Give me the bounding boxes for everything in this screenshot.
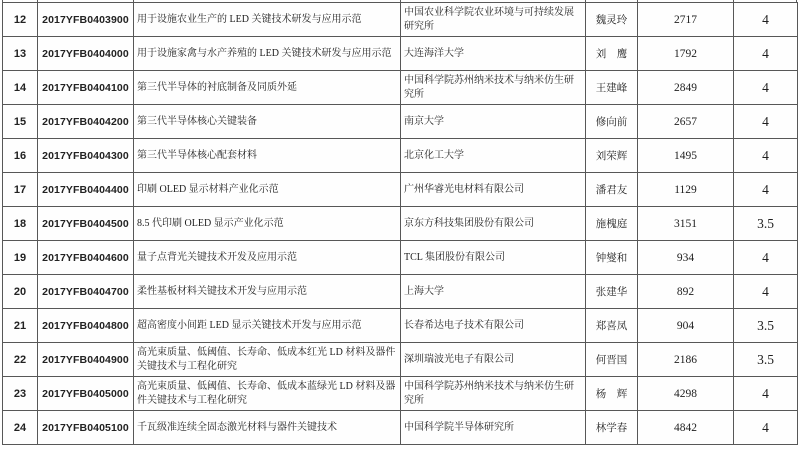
duration-cell: 3.5	[734, 309, 798, 343]
table-row: 23 2017YFB0405000 高光束质量、低阈值、长寿命、低成本蓝绿光 L…	[3, 377, 798, 411]
institution-cell: 上海大学	[401, 275, 586, 309]
institution-cell: 长春希达电子技术有限公司	[401, 309, 586, 343]
project-code-cell: 2017YFB0404300	[38, 139, 134, 173]
funding-cell: 2186	[638, 343, 734, 377]
project-code-cell: 2017YFB0404200	[38, 105, 134, 139]
institution-cell: 大连海洋大学	[401, 37, 586, 71]
project-title-cell: 千瓦级准连续全固态激光材料与器件关键技术	[134, 411, 401, 445]
project-title-cell: 8.5 代印刷 OLED 显示产业化示范	[134, 207, 401, 241]
table-row: 18 2017YFB0404500 8.5 代印刷 OLED 显示产业化示范 京…	[3, 207, 798, 241]
table-row: 15 2017YFB0404200 第三代半导体核心关键装备 南京大学 修向前 …	[3, 105, 798, 139]
row-index-cell: 18	[3, 207, 38, 241]
funding-cell: 3151	[638, 207, 734, 241]
leader-cell: 修向前	[586, 105, 638, 139]
project-code-cell: 2017YFB0404900	[38, 343, 134, 377]
duration-cell: 4	[734, 139, 798, 173]
project-title-cell: 高光束质量、低阈值、长寿命、低成本红光 LD 材料及器件关键技术与工程化研究	[134, 343, 401, 377]
table-row: 13 2017YFB0404000 用于设施家禽与水产养殖的 LED 关键技术研…	[3, 37, 798, 71]
row-index-cell: 16	[3, 139, 38, 173]
row-index-cell: 12	[3, 3, 38, 37]
funding-cell: 4842	[638, 411, 734, 445]
leader-cell: 潘君友	[586, 173, 638, 207]
table-row: 21 2017YFB0404800 超高密度小间距 LED 显示关键技术开发与应…	[3, 309, 798, 343]
funding-cell: 892	[638, 275, 734, 309]
row-index-cell: 21	[3, 309, 38, 343]
leader-cell: 郑喜凤	[586, 309, 638, 343]
leader-cell: 王建峰	[586, 71, 638, 105]
row-index-cell: 19	[3, 241, 38, 275]
funding-cell: 4298	[638, 377, 734, 411]
duration-cell: 4	[734, 3, 798, 37]
project-code-cell: 2017YFB0404800	[38, 309, 134, 343]
leader-cell: 刘 鹰	[586, 37, 638, 71]
institution-cell: 广州华睿光电材料有限公司	[401, 173, 586, 207]
table-row: 17 2017YFB0404400 印刷 OLED 显示材料产业化示范 广州华睿…	[3, 173, 798, 207]
funding-cell: 1129	[638, 173, 734, 207]
duration-cell: 4	[734, 37, 798, 71]
funding-cell: 904	[638, 309, 734, 343]
institution-cell: 深圳瑞波光电子有限公司	[401, 343, 586, 377]
project-title-cell: 第三代半导体核心关键装备	[134, 105, 401, 139]
project-code-cell: 2017YFB0404600	[38, 241, 134, 275]
project-code-cell: 2017YFB0404000	[38, 37, 134, 71]
row-index-cell: 22	[3, 343, 38, 377]
leader-cell: 何晋国	[586, 343, 638, 377]
duration-cell: 3.5	[734, 343, 798, 377]
funding-cell: 2717	[638, 3, 734, 37]
project-title-cell: 超高密度小间距 LED 显示关键技术开发与应用示范	[134, 309, 401, 343]
leader-cell: 钟燮和	[586, 241, 638, 275]
row-index-cell: 23	[3, 377, 38, 411]
project-code-cell: 2017YFB0404500	[38, 207, 134, 241]
row-index-cell: 14	[3, 71, 38, 105]
table-row: 20 2017YFB0404700 柔性基板材料关键技术开发与应用示范 上海大学…	[3, 275, 798, 309]
document-page: 12 2017YFB0403900 用于设施农业生产的 LED 关键技术研发与应…	[0, 0, 800, 450]
leader-cell: 张建华	[586, 275, 638, 309]
funding-cell: 934	[638, 241, 734, 275]
institution-cell: TCL 集团股份有限公司	[401, 241, 586, 275]
funding-cell: 1495	[638, 139, 734, 173]
leader-cell: 施槐庭	[586, 207, 638, 241]
duration-cell: 4	[734, 241, 798, 275]
project-title-cell: 用于设施农业生产的 LED 关键技术研发与应用示范	[134, 3, 401, 37]
duration-cell: 4	[734, 411, 798, 445]
row-index-cell: 13	[3, 37, 38, 71]
project-code-cell: 2017YFB0404400	[38, 173, 134, 207]
institution-cell: 中国科学院苏州纳米技术与纳米仿生研究所	[401, 377, 586, 411]
funding-cell: 2657	[638, 105, 734, 139]
project-code-cell: 2017YFB0405000	[38, 377, 134, 411]
institution-cell: 中国科学院苏州纳米技术与纳米仿生研究所	[401, 71, 586, 105]
table-row: 14 2017YFB0404100 第三代半导体的衬底制备及同质外延 中国科学院…	[3, 71, 798, 105]
project-title-cell: 高光束质量、低阈值、长寿命、低成本蓝绿光 LD 材料及器件关键技术与工程化研究	[134, 377, 401, 411]
project-code-cell: 2017YFB0405100	[38, 411, 134, 445]
project-code-cell: 2017YFB0404700	[38, 275, 134, 309]
project-title-cell: 量子点背光关键技术开发及应用示范	[134, 241, 401, 275]
table-row: 16 2017YFB0404300 第三代半导体核心配套材料 北京化工大学 刘荣…	[3, 139, 798, 173]
leader-cell: 刘荣辉	[586, 139, 638, 173]
institution-cell: 北京化工大学	[401, 139, 586, 173]
duration-cell: 4	[734, 105, 798, 139]
project-title-cell: 用于设施家禽与水产养殖的 LED 关键技术研发与应用示范	[134, 37, 401, 71]
duration-cell: 4	[734, 275, 798, 309]
row-index-cell: 17	[3, 173, 38, 207]
table-row: 22 2017YFB0404900 高光束质量、低阈值、长寿命、低成本红光 LD…	[3, 343, 798, 377]
leader-cell: 林学春	[586, 411, 638, 445]
table-row: 19 2017YFB0404600 量子点背光关键技术开发及应用示范 TCL 集…	[3, 241, 798, 275]
institution-cell: 南京大学	[401, 105, 586, 139]
table-row: 24 2017YFB0405100 千瓦级准连续全固态激光材料与器件关键技术 中…	[3, 411, 798, 445]
project-title-cell: 第三代半导体的衬底制备及同质外延	[134, 71, 401, 105]
project-code-cell: 2017YFB0403900	[38, 3, 134, 37]
leader-cell: 魏灵玲	[586, 3, 638, 37]
row-index-cell: 24	[3, 411, 38, 445]
institution-cell: 京东方科技集团股份有限公司	[401, 207, 586, 241]
institution-cell: 中国农业科学院农业环境与可持续发展研究所	[401, 3, 586, 37]
row-index-cell: 15	[3, 105, 38, 139]
institution-cell: 中国科学院半导体研究所	[401, 411, 586, 445]
project-code-cell: 2017YFB0404100	[38, 71, 134, 105]
table-row: 12 2017YFB0403900 用于设施农业生产的 LED 关键技术研发与应…	[3, 3, 798, 37]
duration-cell: 4	[734, 377, 798, 411]
duration-cell: 4	[734, 71, 798, 105]
funding-cell: 1792	[638, 37, 734, 71]
funding-cell: 2849	[638, 71, 734, 105]
project-title-cell: 第三代半导体核心配套材料	[134, 139, 401, 173]
duration-cell: 4	[734, 173, 798, 207]
project-table: 12 2017YFB0403900 用于设施农业生产的 LED 关键技术研发与应…	[2, 2, 798, 445]
project-title-cell: 柔性基板材料关键技术开发与应用示范	[134, 275, 401, 309]
project-title-cell: 印刷 OLED 显示材料产业化示范	[134, 173, 401, 207]
leader-cell: 杨 辉	[586, 377, 638, 411]
row-index-cell: 20	[3, 275, 38, 309]
duration-cell: 3.5	[734, 207, 798, 241]
